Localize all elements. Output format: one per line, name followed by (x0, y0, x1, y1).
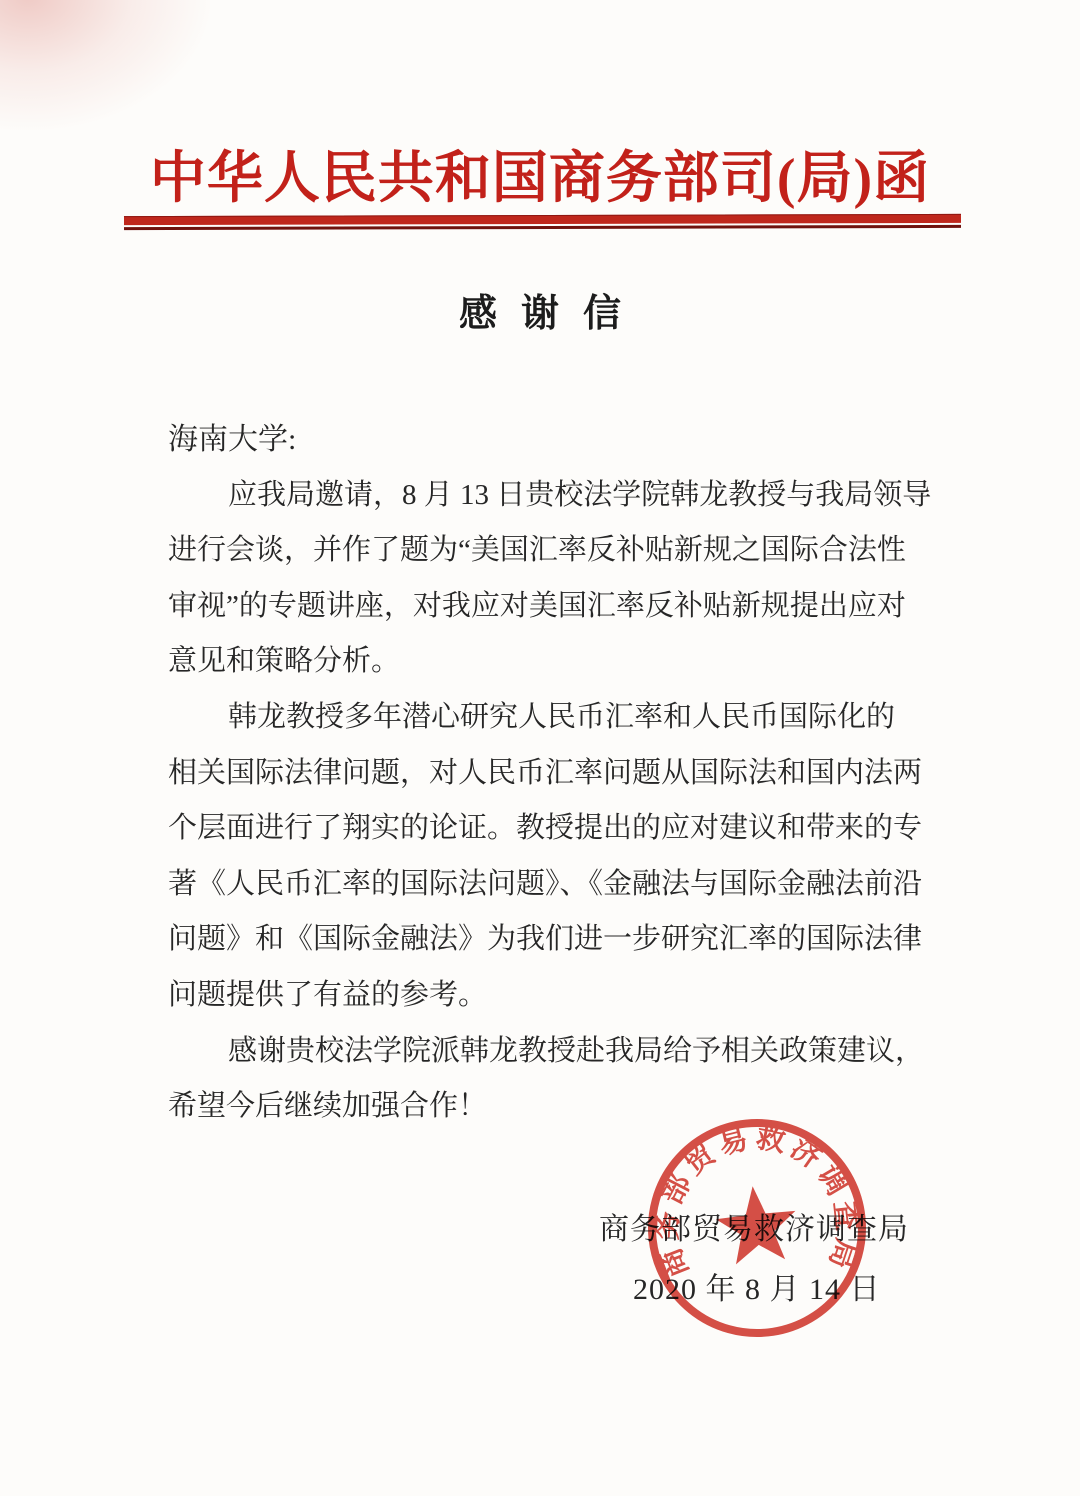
seal-star-icon (713, 1182, 801, 1266)
scan-smudge (0, 0, 210, 130)
body-line: 著《人民币汇率的国际法问题》、《金融法与国际金融法前沿 (168, 857, 920, 913)
letter-body: 海南大学: 应我局邀请，8 月 13 日贵校法学院韩龙教授与我局领导进行会谈，并… (168, 412, 920, 1135)
body-line: 进行会谈，并作了题为“美国汇率反补贴新规之国际合法性 (168, 523, 920, 579)
body-line: 应我局邀请，8 月 13 日贵校法学院韩龙教授与我局领导 (168, 468, 920, 524)
body-line: 相关国际法律问题，对人民币汇率问题从国际法和国内法两 (168, 746, 920, 802)
body-lines: 应我局邀请，8 月 13 日贵校法学院韩龙教授与我局领导进行会谈，并作了题为“美… (168, 468, 920, 1135)
body-line: 韩龙教授多年潜心研究人民币汇率和人民币国际化的 (168, 690, 920, 746)
body-line: 个层面进行了翔实的论证。教授提出的应对建议和带来的专 (168, 801, 920, 857)
letterhead-divider (124, 214, 961, 230)
body-line: 问题提供了有益的参考。 (168, 968, 920, 1024)
body-line: 意见和策略分析。 (168, 634, 920, 690)
body-line: 感谢贵校法学院派韩龙教授赴我局给予相关政策建议， (168, 1024, 920, 1080)
body-line: 问题》和《国际金融法》为我们进一步研究汇率的国际法律 (168, 912, 920, 968)
salutation: 海南大学: (168, 412, 920, 468)
official-seal-icon: 商务部贸易救济调查局 (613, 1084, 901, 1372)
letter-page: 中华人民共和国商务部司(局)函 感谢信 海南大学: 应我局邀请，8 月 13 日… (0, 0, 1080, 1496)
divider-thin-line (124, 225, 961, 230)
body-line: 审视”的专题讲座，对我应对美国汇率反补贴新规提出应对 (168, 579, 920, 635)
letterhead-title: 中华人民共和国商务部司(局)函 (0, 134, 1080, 214)
letter-title: 感谢信 (0, 282, 1080, 337)
divider-thick-line (124, 214, 961, 225)
